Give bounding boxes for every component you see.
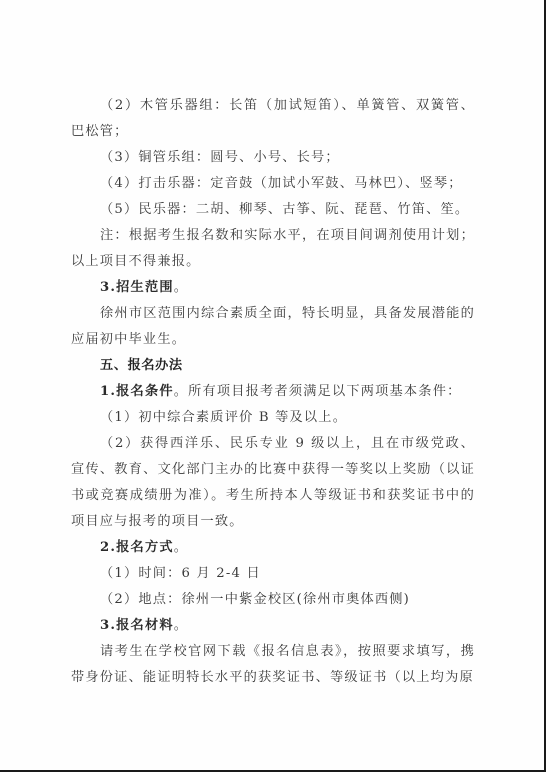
paragraph-folk-instruments: （5）民乐器：二胡、柳琴、古筝、阮、琵琶、竹笛、笙。 — [71, 197, 475, 223]
subheading-registration-materials: 3.报名材料。 — [71, 613, 475, 639]
paragraph-condition-2: （2）获得西洋乐、民乐专业 9 级以上，且在市级党政、宣传、教育、文化部门主办的… — [71, 431, 475, 535]
paragraph-registration-time: （1）时间：6 月 2-4 日 — [71, 561, 475, 587]
section-heading-registration: 五、报名办法 — [71, 353, 475, 379]
document-body: （2）木管乐器组：长笛（加试短笛）、单簧管、双簧管、巴松管； （3）铜管乐组：圆… — [71, 93, 475, 691]
subheading-registration-conditions: 1.报名条件。所有项目报考者须满足以下两项基本条件： — [71, 379, 475, 405]
subheading-label: 2.报名方式 — [100, 540, 174, 555]
subheading-label: 3.招生范围 — [100, 280, 174, 295]
paragraph-percussion: （4）打击乐器：定音鼓（加试小军鼓、马林巴）、竖琴； — [71, 171, 475, 197]
subheading-suffix: 。 — [174, 618, 188, 633]
paragraph-brass: （3）铜管乐组：圆号、小号、长号； — [71, 145, 475, 171]
paragraph-note: 注：根据考生报名数和实际水平，在项目间调剂使用计划；以上项目不得兼报。 — [71, 223, 475, 275]
subheading-suffix: 。所有项目报考者须满足以下两项基本条件： — [174, 384, 462, 399]
subheading-registration-method: 2.报名方式。 — [71, 535, 475, 561]
document-page: （2）木管乐器组：长笛（加试短笛）、单簧管、双簧管、巴松管； （3）铜管乐组：圆… — [0, 0, 546, 772]
paragraph-condition-1: （1）初中综合素质评价 B 等及以上。 — [71, 405, 475, 431]
subheading-label: 1.报名条件 — [100, 384, 174, 399]
paragraph-woodwind: （2）木管乐器组：长笛（加试短笛）、单簧管、双簧管、巴松管； — [71, 93, 475, 145]
paragraph-registration-materials: 请考生在学校官网下载《报名信息表》，按照要求填写，携带身份证、能证明特长水平的获… — [71, 639, 475, 691]
subheading-suffix: 。 — [174, 280, 188, 295]
subheading-suffix: 。 — [174, 540, 188, 555]
paragraph-enrollment-scope: 徐州市区范围内综合素质全面，特长明显，具备发展潜能的应届初中毕业生。 — [71, 301, 475, 353]
subheading-enrollment-scope: 3.招生范围。 — [71, 275, 475, 301]
subheading-label: 3.报名材料 — [100, 618, 174, 633]
paragraph-registration-location: （2）地点：徐州一中紫金校区(徐州市奥体西侧) — [71, 587, 475, 613]
